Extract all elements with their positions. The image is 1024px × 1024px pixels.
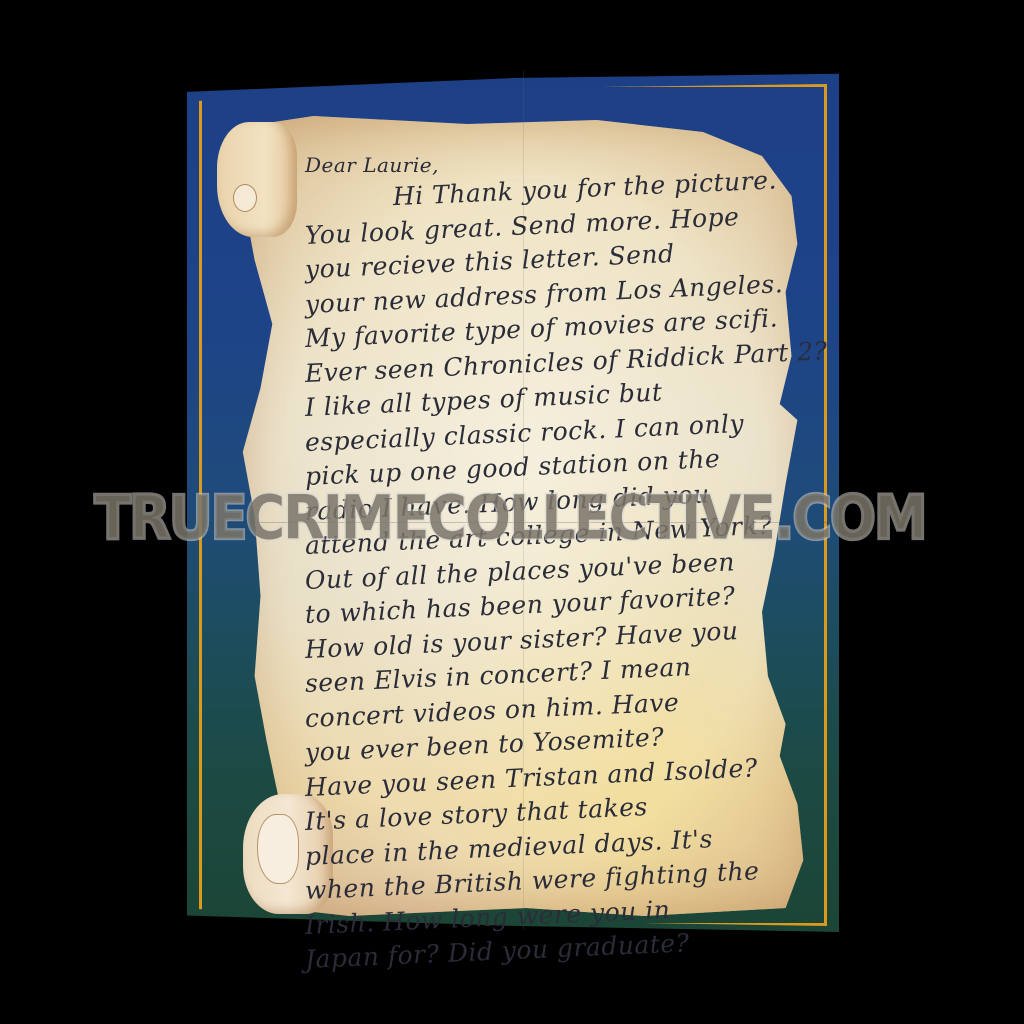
site-watermark: TRUECRIMECOLLECTIVE.COM (195, 473, 825, 560)
scroll-top-curl (217, 122, 297, 237)
handwritten-letter: Dear Laurie, Hi Thank you for the pictur… (305, 148, 825, 978)
